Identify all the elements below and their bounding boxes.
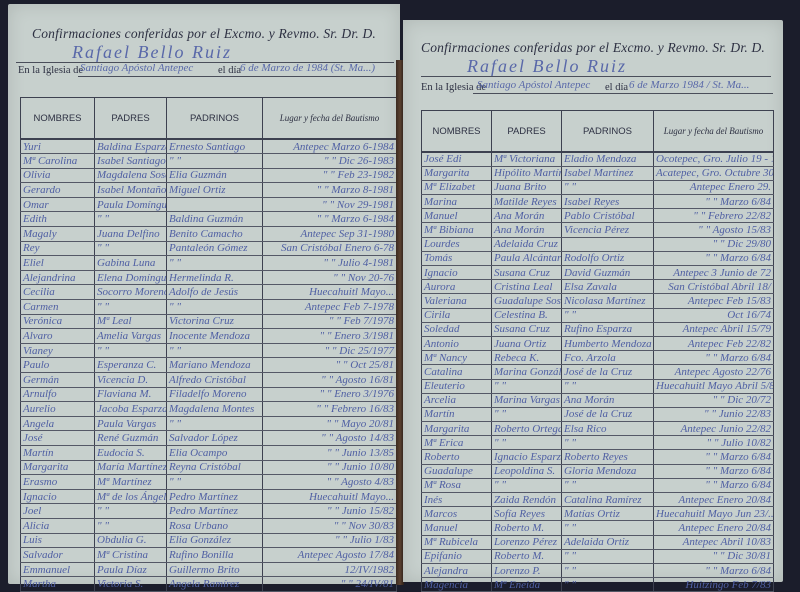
table-row: GerardoIsabel MontañoMiguel Ortiz" " Mar… bbox=[21, 183, 397, 198]
cell-lugar-fecha: Antepec Agosto 17/84 bbox=[263, 548, 397, 563]
table-row: ElielGabina Luna" "" " Julio 4-1981 bbox=[21, 256, 397, 271]
table-row: MargaritaMaría MartínezReyna Cristóbal" … bbox=[21, 460, 397, 475]
cell-nombre: Emmanuel bbox=[21, 562, 95, 577]
cell-padrinos: Baldina Guzmán bbox=[167, 212, 263, 227]
cell-lugar-fecha: " " Marzo 6/84 bbox=[654, 464, 774, 478]
divider bbox=[421, 76, 771, 77]
cell-padres: Hipólito Martínez bbox=[492, 166, 562, 180]
cell-nombre: Luis bbox=[21, 533, 95, 548]
cell-padrinos: Angela Ramírez bbox=[167, 577, 263, 592]
cell-padres: Paula Díaz bbox=[95, 562, 167, 577]
cell-padrinos: " " bbox=[562, 549, 654, 563]
cell-padres: Juana Brito bbox=[492, 180, 562, 194]
cell-nombre: Angela bbox=[21, 416, 95, 431]
cell-lugar-fecha: " " Agosto 4/83 bbox=[263, 475, 397, 490]
cell-nombre: Mª Nancy bbox=[422, 351, 492, 365]
cell-lugar-fecha: Antepec Abril 15/79 bbox=[654, 322, 774, 336]
cell-nombre: Tomás bbox=[422, 251, 492, 265]
cell-nombre: Cirila bbox=[422, 308, 492, 322]
table-row: AntonioJuana OrtizHumberto MendozaAntepe… bbox=[422, 336, 774, 350]
cell-padrinos: Reyna Cristóbal bbox=[167, 460, 263, 475]
cell-lugar-fecha: " " Febrero 16/83 bbox=[263, 402, 397, 417]
table-row: MagalyJuana DelfinoBenito CamachoAntepec… bbox=[21, 227, 397, 242]
cell-lugar-fecha: " " Junio 15/82 bbox=[263, 504, 397, 519]
cell-padrinos: " " bbox=[167, 154, 263, 169]
cell-padrinos: Rodolfo Ortiz bbox=[562, 251, 654, 265]
cell-lugar-fecha: " " Agosto 16/81 bbox=[263, 373, 397, 388]
table-row: MarinaMatilde ReyesIsabel Reyes" " Marzo… bbox=[422, 195, 774, 209]
cell-padres: Ignacio Esparza bbox=[492, 450, 562, 464]
cell-padrinos: Humberto Mendoza bbox=[562, 336, 654, 350]
cell-nombre: Cecilia bbox=[21, 285, 95, 300]
cell-padrinos: " " bbox=[562, 563, 654, 577]
cell-nombre: Joel bbox=[21, 504, 95, 519]
cell-padrinos: " " bbox=[562, 478, 654, 492]
cell-nombre: Alejandra bbox=[422, 563, 492, 577]
cell-nombre: José bbox=[21, 431, 95, 446]
cell-padrinos: Elia Ocampo bbox=[167, 445, 263, 460]
cell-padres: Mª Leal bbox=[95, 314, 167, 329]
table-row: PauloEsperanza C.Mariano Mendoza" " Oct … bbox=[21, 358, 397, 373]
register-rows-right: José EdiMª VictorianaEladio MendozaOcote… bbox=[422, 152, 774, 592]
cell-padrinos: Pantaleón Gómez bbox=[167, 241, 263, 256]
cell-padres: Amelia Vargas bbox=[95, 329, 167, 344]
cell-lugar-fecha: " " Nov 29-1981 bbox=[263, 197, 397, 212]
table-row: YuriBaldina EsparzaErnesto SantiagoAntep… bbox=[21, 139, 397, 154]
cell-lugar-fecha: " " Agosto 14/83 bbox=[263, 431, 397, 446]
cell-lugar-fecha: " " Dic 25/1977 bbox=[263, 343, 397, 358]
cell-padres: Mª Eneida bbox=[492, 578, 562, 592]
printed-title: Confirmaciones conferidas por el Excmo. … bbox=[403, 40, 783, 56]
cell-padres: Adelaida Cruz bbox=[492, 237, 562, 251]
cell-padrinos: Ana Morán bbox=[562, 393, 654, 407]
cell-padres: Paula Domínguez bbox=[95, 197, 167, 212]
cell-padres: Rebeca K. bbox=[492, 351, 562, 365]
cell-nombre: Yuri bbox=[21, 139, 95, 154]
cell-padrinos: Miguel Ortiz bbox=[167, 183, 263, 198]
register-rows-left: YuriBaldina EsparzaErnesto SantiagoAntep… bbox=[21, 139, 397, 591]
cell-lugar-fecha: " " Enero 3/1981 bbox=[263, 329, 397, 344]
cell-lugar-fecha: Antepec Feb 22/82 bbox=[654, 336, 774, 350]
cell-padres: Ana Morán bbox=[492, 209, 562, 223]
cell-lugar-fecha: Antepec Agosto 22/76 bbox=[654, 365, 774, 379]
cell-padrinos: Elia Guzmán bbox=[167, 168, 263, 183]
cell-padres: Victoria S. bbox=[95, 577, 167, 592]
cell-lugar-fecha: Antepec Enero 29. bbox=[654, 180, 774, 194]
table-row: Edith" "Baldina Guzmán" " Marzo 6-1984 bbox=[21, 212, 397, 227]
table-row: CeciliaSocorro MorenoAdolfo de JesúsHuec… bbox=[21, 285, 397, 300]
cell-lugar-fecha: " " Marzo 8-1981 bbox=[263, 183, 397, 198]
table-row: OmarPaula Domínguez" " Nov 29-1981 bbox=[21, 197, 397, 212]
cell-lugar-fecha: " " Marzo 6/84 bbox=[654, 563, 774, 577]
cell-padres: Baldina Esparza bbox=[95, 139, 167, 154]
cell-padrinos: Elsa Zavala bbox=[562, 280, 654, 294]
cell-padrinos: Victorina Cruz bbox=[167, 314, 263, 329]
cell-padrinos: " " bbox=[167, 343, 263, 358]
cell-nombre: Rey bbox=[21, 241, 95, 256]
cell-lugar-fecha: " " Dic 20/72 bbox=[654, 393, 774, 407]
cell-lugar-fecha: " " Julio 10/82 bbox=[654, 436, 774, 450]
table-row: IgnacioMª de los ÁngelesPedro MartínezHu… bbox=[21, 489, 397, 504]
table-row: ArceliaMarina VargasAna Morán" " Dic 20/… bbox=[422, 393, 774, 407]
cell-lugar-fecha: Antepec Enero 20/84 bbox=[654, 493, 774, 507]
cell-padres: Eudocia S. bbox=[95, 445, 167, 460]
cell-lugar-fecha: Antepec Enero 20/84 bbox=[654, 521, 774, 535]
table-row: Martín" "José de la Cruz" " Junio 22/83 bbox=[422, 407, 774, 421]
cell-padrinos: Filadelfo Moreno bbox=[167, 387, 263, 402]
cell-nombre: Alicia bbox=[21, 518, 95, 533]
cell-nombre: Soledad bbox=[422, 322, 492, 336]
cell-padres: Mª de los Ángeles bbox=[95, 489, 167, 504]
cell-nombre: Gerardo bbox=[21, 183, 95, 198]
cell-padres: Flaviana M. bbox=[95, 387, 167, 402]
cell-lugar-fecha: " " Nov 30/83 bbox=[263, 518, 397, 533]
cell-padrinos: " " bbox=[562, 180, 654, 194]
cell-padres: Jacoba Esparza bbox=[95, 402, 167, 417]
cell-padrinos: Rosa Urbano bbox=[167, 518, 263, 533]
cell-padrinos: Salvador López bbox=[167, 431, 263, 446]
cell-nombre: Aurora bbox=[422, 280, 492, 294]
table-row: Carmen" "" "Antepec Feb 7-1978 bbox=[21, 300, 397, 315]
cell-padres: Zaida Rendón bbox=[492, 493, 562, 507]
cell-lugar-fecha: Ocotepec, Gro. Julio 19 - 1982 bbox=[654, 152, 774, 166]
cell-lugar-fecha: Huecahuitl Mayo Jun 23/... bbox=[654, 507, 774, 521]
table-row: GuadalupeLeopoldina S.Gloria Mendoza" " … bbox=[422, 464, 774, 478]
cell-padres: Gabina Luna bbox=[95, 256, 167, 271]
cell-lugar-fecha: " " Dic 30/81 bbox=[654, 549, 774, 563]
table-row: Mª Erica" "" "" " Julio 10/82 bbox=[422, 436, 774, 450]
cell-padres: " " bbox=[95, 518, 167, 533]
cell-padrinos: " " bbox=[562, 379, 654, 393]
table-row: ManuelRoberto M." "Antepec Enero 20/84 bbox=[422, 521, 774, 535]
cell-padrinos: Pedro Martínez bbox=[167, 504, 263, 519]
table-row: Vianey" "" "" " Dic 25/1977 bbox=[21, 343, 397, 358]
cell-padrinos: " " bbox=[562, 521, 654, 535]
table-row: Rey" "Pantaleón GómezSan Cristóbal Enero… bbox=[21, 241, 397, 256]
cell-nombre: Valeriana bbox=[422, 294, 492, 308]
cell-padres: Lorenzo Pérez bbox=[492, 535, 562, 549]
church-value: Santiago Apóstol Antepec bbox=[477, 79, 590, 91]
cell-nombre: Marcos bbox=[422, 507, 492, 521]
cell-padres: Marina González bbox=[492, 365, 562, 379]
cell-lugar-fecha: " " Enero 3/1976 bbox=[263, 387, 397, 402]
table-row: Eleuterio" "" "Huecahuitl Mayo Abril 5/8 bbox=[422, 379, 774, 393]
cell-nombre: Edith bbox=[21, 212, 95, 227]
date-value: 6 de Marzo de 1984 (St. Ma...) bbox=[240, 62, 375, 74]
register-table-left: NOMBRES PADRES PADRINOS Lugar y fecha de… bbox=[20, 97, 397, 592]
column-header-padrinos: PADRINOS bbox=[562, 111, 654, 153]
cell-lugar-fecha: San Cristóbal Enero 6-78 bbox=[263, 241, 397, 256]
cell-padrinos: David Guzmán bbox=[562, 266, 654, 280]
cell-padres: Roberto M. bbox=[492, 521, 562, 535]
cell-padrinos: " " bbox=[167, 475, 263, 490]
cell-padrinos: Adolfo de Jesús bbox=[167, 285, 263, 300]
cell-padres: Roberto M. bbox=[492, 549, 562, 563]
cell-nombre: Martha bbox=[21, 577, 95, 592]
table-row: OliviaMagdalena SosaElia Guzmán" " Feb 2… bbox=[21, 168, 397, 183]
column-header-lugar-fecha: Lugar y fecha del Bautismo bbox=[263, 98, 397, 140]
cell-padres: " " bbox=[95, 241, 167, 256]
cell-lugar-fecha: Antepec Junio 22/82 bbox=[654, 422, 774, 436]
cell-padres: " " bbox=[492, 436, 562, 450]
underline bbox=[473, 93, 773, 94]
cell-padres: " " bbox=[492, 407, 562, 421]
cell-padrinos: Isabel Reyes bbox=[562, 195, 654, 209]
cell-nombre: Alvaro bbox=[21, 329, 95, 344]
cell-padres: " " bbox=[95, 343, 167, 358]
table-row: AngelaPaula Vargas" "" " Mayo 20/81 bbox=[21, 416, 397, 431]
cell-lugar-fecha: " " Agosto 15/83 bbox=[654, 223, 774, 237]
column-header-padres: PADRES bbox=[95, 98, 167, 140]
table-row: Alicia" "Rosa Urbano" " Nov 30/83 bbox=[21, 518, 397, 533]
table-row: CatalinaMarina GonzálezJosé de la CruzAn… bbox=[422, 365, 774, 379]
cell-nombre: Manuel bbox=[422, 209, 492, 223]
cell-lugar-fecha: " " Oct 25/81 bbox=[263, 358, 397, 373]
bishop-name: Rafael Bello Ruiz bbox=[467, 56, 627, 77]
cell-padrinos: " " bbox=[562, 578, 654, 592]
table-row: AlejandrinaElena DomínguezHermelinda R."… bbox=[21, 270, 397, 285]
cell-padres: Mª Martínez bbox=[95, 475, 167, 490]
cell-padres: Leopoldina S. bbox=[492, 464, 562, 478]
table-row: LourdesAdelaida Cruz" " Dic 29/80 bbox=[422, 237, 774, 251]
cell-lugar-fecha: " " Julio 1/83 bbox=[263, 533, 397, 548]
table-row: CirilaCelestina B." "Oct 16/74 bbox=[422, 308, 774, 322]
cell-padrinos: Fco. Arzola bbox=[562, 351, 654, 365]
printed-title: Confirmaciones conferidas por el Excmo. … bbox=[8, 26, 400, 42]
table-row: MarcosSofía ReyesMatías OrtizHuecahuitl … bbox=[422, 507, 774, 521]
table-row: AurelioJacoba EsparzaMagdalena Montes" "… bbox=[21, 402, 397, 417]
cell-nombre: Salvador bbox=[21, 548, 95, 563]
cell-nombre: Marina bbox=[422, 195, 492, 209]
cell-padres: Sofía Reyes bbox=[492, 507, 562, 521]
cell-padrinos: Elia González bbox=[167, 533, 263, 548]
cell-lugar-fecha: Huecahuitl Mayo... bbox=[263, 489, 397, 504]
cell-lugar-fecha: " " Febrero 22/82 bbox=[654, 209, 774, 223]
cell-nombre: Martín bbox=[422, 407, 492, 421]
date-label: el día bbox=[218, 65, 241, 76]
cell-padrinos: Pablo Cristóbal bbox=[562, 209, 654, 223]
cell-nombre: Manuel bbox=[422, 521, 492, 535]
table-row: Mª BibianaAna MoránVicencia Pérez" " Ago… bbox=[422, 223, 774, 237]
table-row: AlejandraLorenzo P." "" " Marzo 6/84 bbox=[422, 563, 774, 577]
cell-nombre: Martín bbox=[21, 445, 95, 460]
table-row: VerónicaMª LealVictorina Cruz" " Feb 7/1… bbox=[21, 314, 397, 329]
cell-nombre: Mª Bibiana bbox=[422, 223, 492, 237]
cell-nombre: Verónica bbox=[21, 314, 95, 329]
table-row: Mª RubicelaLorenzo PérezAdelaida OrtizAn… bbox=[422, 535, 774, 549]
table-row: GermánVicencia D.Alfredo Cristóbal" " Ag… bbox=[21, 373, 397, 388]
cell-lugar-fecha: " " Marzo 6/84 bbox=[654, 478, 774, 492]
cell-padres: Paula Vargas bbox=[95, 416, 167, 431]
cell-nombre: Omar bbox=[21, 197, 95, 212]
cell-padrinos: Rufino Esparza bbox=[562, 322, 654, 336]
cell-lugar-fecha: " " Marzo 6-1984 bbox=[263, 212, 397, 227]
cell-padres: María Martínez bbox=[95, 460, 167, 475]
table-row: ArnulfoFlaviana M.Filadelfo Moreno" " En… bbox=[21, 387, 397, 402]
right-page: Confirmaciones conferidas por el Excmo. … bbox=[403, 20, 783, 582]
cell-nombre: José Edi bbox=[422, 152, 492, 166]
cell-lugar-fecha: Acatepec, Gro. Octubre 30 bbox=[654, 166, 774, 180]
cell-nombre: Eleuterio bbox=[422, 379, 492, 393]
cell-lugar-fecha: Huecahuitl Mayo... bbox=[263, 285, 397, 300]
cell-padres: Roberto Ortega bbox=[492, 422, 562, 436]
cell-nombre: Lourdes bbox=[422, 237, 492, 251]
cell-lugar-fecha: " " Dic 26-1983 bbox=[263, 154, 397, 169]
cell-padres: Magdalena Sosa bbox=[95, 168, 167, 183]
cell-padres: Lorenzo P. bbox=[492, 563, 562, 577]
cell-nombre: Magaly bbox=[21, 227, 95, 242]
left-page: Confirmaciones conferidas por el Excmo. … bbox=[8, 4, 400, 584]
cell-padres: Obdulia G. bbox=[95, 533, 167, 548]
cell-padrinos: Nicolasa Martínez bbox=[562, 294, 654, 308]
cell-padrinos: " " bbox=[167, 416, 263, 431]
column-header-lugar-fecha: Lugar y fecha del Bautismo bbox=[654, 111, 774, 153]
table-row: Mª ElizabetJuana Brito" "Antepec Enero 2… bbox=[422, 180, 774, 194]
cell-padrinos: Pedro Martínez bbox=[167, 489, 263, 504]
church-value: Santiago Apóstol Antepec bbox=[80, 62, 193, 74]
cell-padres: Juana Ortiz bbox=[492, 336, 562, 350]
cell-lugar-fecha: " " Dic 29/80 bbox=[654, 237, 774, 251]
table-row: TomásPaula AlcántarRodolfo Ortiz" " Marz… bbox=[422, 251, 774, 265]
cell-lugar-fecha: " " Nov 20-76 bbox=[263, 270, 397, 285]
church-label: En la Iglesia de bbox=[18, 65, 83, 76]
cell-lugar-fecha: " " Junio 13/85 bbox=[263, 445, 397, 460]
cell-padres: Guadalupe Sosa bbox=[492, 294, 562, 308]
cell-nombre: Margarita bbox=[422, 422, 492, 436]
cell-padrinos bbox=[562, 237, 654, 251]
cell-padres: Isabel Santiago bbox=[95, 154, 167, 169]
cell-nombre: Carmen bbox=[21, 300, 95, 315]
cell-padres: Cristina Leal bbox=[492, 280, 562, 294]
cell-nombre: Eliel bbox=[21, 256, 95, 271]
cell-nombre: Ignacio bbox=[21, 489, 95, 504]
table-row: ErasmoMª Martínez" "" " Agosto 4/83 bbox=[21, 475, 397, 490]
cell-nombre: Ignacio bbox=[422, 266, 492, 280]
cell-padres: " " bbox=[492, 379, 562, 393]
column-header-nombres: NOMBRES bbox=[422, 111, 492, 153]
cell-padres: Marina Vargas bbox=[492, 393, 562, 407]
cell-lugar-fecha: " " Mayo 20/81 bbox=[263, 416, 397, 431]
cell-padrinos: Benito Camacho bbox=[167, 227, 263, 242]
table-row: MargaritaHipólito MartínezIsabel Martíne… bbox=[422, 166, 774, 180]
cell-padrinos: " " bbox=[562, 436, 654, 450]
cell-nombre: Magencia bbox=[422, 578, 492, 592]
cell-lugar-fecha: 12/IV/1982 bbox=[263, 562, 397, 577]
cell-padrinos: " " bbox=[167, 300, 263, 315]
cell-lugar-fecha: " " Marzo 6/84 bbox=[654, 251, 774, 265]
table-row: AuroraCristina LealElsa ZavalaSan Cristó… bbox=[422, 280, 774, 294]
cell-padrinos: Hermelinda R. bbox=[167, 270, 263, 285]
date-label: el día bbox=[605, 82, 628, 93]
cell-nombre: Mª Elizabet bbox=[422, 180, 492, 194]
cell-nombre: Aurelio bbox=[21, 402, 95, 417]
cell-padres: " " bbox=[95, 212, 167, 227]
cell-lugar-fecha: " " Marzo 6/84 bbox=[654, 351, 774, 365]
cell-nombre: Mª Carolina bbox=[21, 154, 95, 169]
cell-padres: Vicencia D. bbox=[95, 373, 167, 388]
cell-lugar-fecha: " " Feb 7/1978 bbox=[263, 314, 397, 329]
table-row: MagenciaMª Eneida" "Huitzingo Feb 7/83 bbox=[422, 578, 774, 592]
cell-nombre: Arcelia bbox=[422, 393, 492, 407]
table-row: Mª NancyRebeca K.Fco. Arzola" " Marzo 6/… bbox=[422, 351, 774, 365]
cell-lugar-fecha: Antepec Sep 31-1980 bbox=[263, 227, 397, 242]
column-header-nombres: NOMBRES bbox=[21, 98, 95, 140]
cell-padrinos: Ernesto Santiago bbox=[167, 139, 263, 154]
cell-nombre: Arnulfo bbox=[21, 387, 95, 402]
cell-lugar-fecha: " " Marzo 6/84 bbox=[654, 195, 774, 209]
cell-padrinos: Adelaida Ortiz bbox=[562, 535, 654, 549]
cell-padrinos: Inocente Mendoza bbox=[167, 329, 263, 344]
cell-lugar-fecha: Antepec Abril 10/83 bbox=[654, 535, 774, 549]
cell-padrinos: Catalina Ramírez bbox=[562, 493, 654, 507]
cell-nombre: Inés bbox=[422, 493, 492, 507]
cell-padrinos: Vicencia Pérez bbox=[562, 223, 654, 237]
table-row: José EdiMª VictorianaEladio MendozaOcote… bbox=[422, 152, 774, 166]
cell-lugar-fecha: " " Feb 23-1982 bbox=[263, 168, 397, 183]
table-row: RobertoIgnacio EsparzaRoberto Reyes" " M… bbox=[422, 450, 774, 464]
cell-padrinos bbox=[167, 197, 263, 212]
underline bbox=[78, 76, 398, 77]
cell-padres: Mª Victoriana bbox=[492, 152, 562, 166]
cell-padres: René Guzmán bbox=[95, 431, 167, 446]
cell-padrinos: Isabel Martínez bbox=[562, 166, 654, 180]
cell-padres: Juana Delfino bbox=[95, 227, 167, 242]
cell-nombre: Olivia bbox=[21, 168, 95, 183]
cell-nombre: Mª Rosa bbox=[422, 478, 492, 492]
cell-padrinos: Roberto Reyes bbox=[562, 450, 654, 464]
cell-nombre: Guadalupe bbox=[422, 464, 492, 478]
cell-lugar-fecha: Antepec Marzo 6-1984 bbox=[263, 139, 397, 154]
cell-padrinos: Eladio Mendoza bbox=[562, 152, 654, 166]
cell-padrinos: José de la Cruz bbox=[562, 407, 654, 421]
cell-lugar-fecha: San Cristóbal Abril 18/ bbox=[654, 280, 774, 294]
cell-padrinos: Magdalena Montes bbox=[167, 402, 263, 417]
cell-nombre: Margarita bbox=[422, 166, 492, 180]
cell-padrinos: Guillermo Brito bbox=[167, 562, 263, 577]
cell-padrinos: Matías Ortiz bbox=[562, 507, 654, 521]
cell-nombre: Vianey bbox=[21, 343, 95, 358]
table-row: Mª Rosa" "" "" " Marzo 6/84 bbox=[422, 478, 774, 492]
cell-nombre: Roberto bbox=[422, 450, 492, 464]
table-row: IgnacioSusana CruzDavid GuzmánAntepec 3 … bbox=[422, 266, 774, 280]
cell-nombre: Alejandrina bbox=[21, 270, 95, 285]
cell-nombre: Epifanio bbox=[422, 549, 492, 563]
cell-nombre: Antonio bbox=[422, 336, 492, 350]
cell-lugar-fecha: " " Marzo 6/84 bbox=[654, 450, 774, 464]
table-row: JoséRené GuzmánSalvador López" " Agosto … bbox=[21, 431, 397, 446]
cell-nombre: Paulo bbox=[21, 358, 95, 373]
cell-nombre: Mª Rubicela bbox=[422, 535, 492, 549]
cell-lugar-fecha: Huitzingo Feb 7/83 bbox=[654, 578, 774, 592]
table-row: Mª CarolinaIsabel Santiago" "" " Dic 26-… bbox=[21, 154, 397, 169]
column-header-padres: PADRES bbox=[492, 111, 562, 153]
date-value: 6 de Marzo 1984 / St. Ma... bbox=[629, 79, 749, 91]
cell-padres: Susana Cruz bbox=[492, 322, 562, 336]
cell-padrinos: " " bbox=[167, 256, 263, 271]
cell-lugar-fecha: Antepec Feb 7-1978 bbox=[263, 300, 397, 315]
table-row: ManuelAna MoránPablo Cristóbal" " Febrer… bbox=[422, 209, 774, 223]
cell-lugar-fecha: Huecahuitl Mayo Abril 5/8 bbox=[654, 379, 774, 393]
cell-padrinos: " " bbox=[562, 308, 654, 322]
cell-lugar-fecha: Antepec Feb 15/83 bbox=[654, 294, 774, 308]
cell-lugar-fecha: " " Julio 4-1981 bbox=[263, 256, 397, 271]
cell-padres: Celestina B. bbox=[492, 308, 562, 322]
cell-padres: Elena Domínguez bbox=[95, 270, 167, 285]
cell-padres: " " bbox=[492, 478, 562, 492]
cell-nombre: Margarita bbox=[21, 460, 95, 475]
cell-padres: Susana Cruz bbox=[492, 266, 562, 280]
cell-nombre: Erasmo bbox=[21, 475, 95, 490]
